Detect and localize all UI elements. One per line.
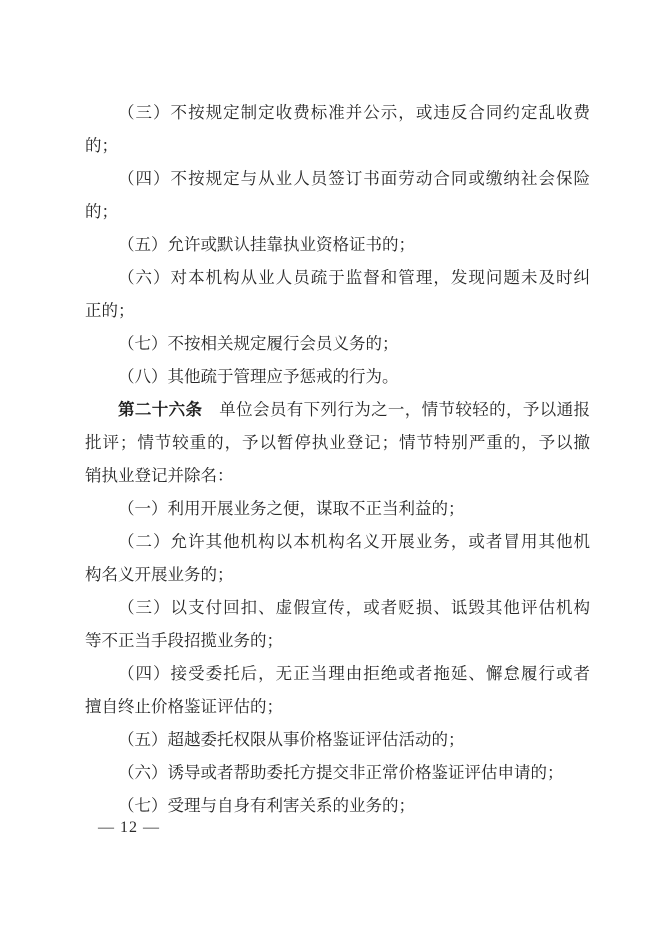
document-page: （三）不按规定制定收费标准并公示，或违反合同约定乱收费的；（四）不按规定与从业人… <box>0 0 661 935</box>
text-line: 正的； <box>85 294 590 327</box>
paragraph: （五）允许或默认挂靠执业资格证书的； <box>85 228 590 261</box>
paragraph: （一）利用开展业务之便，谋取不正当利益的； <box>85 492 590 525</box>
text-line: （三）不按规定制定收费标准并公示，或违反合同约定乱收费 <box>85 96 590 129</box>
text-line: （四）接受委托后，无正当理由拒绝或者拖延、懈怠履行或者 <box>85 657 590 690</box>
text-line: 构名义开展业务的； <box>85 558 590 591</box>
text-line: 擅自终止价格鉴证评估的； <box>85 690 590 723</box>
text-line: （一）利用开展业务之便，谋取不正当利益的； <box>85 492 590 525</box>
paragraph: （六）对本机构从业人员疏于监督和管理，发现问题未及时纠正的； <box>85 261 590 327</box>
paragraph: （六）诱导或者帮助委托方提交非正常价格鉴证评估申请的； <box>85 756 590 789</box>
text-line: （七）不按相关规定履行会员义务的； <box>85 327 590 360</box>
paragraph: 第二十六条 单位会员有下列行为之一，情节较轻的，予以通报批评；情节较重的，予以暂… <box>85 393 590 492</box>
text-line: 的； <box>85 129 590 162</box>
paragraph: （四）不按规定与从业人员签订书面劳动合同或缴纳社会保险的； <box>85 162 590 228</box>
paragraph: （五）超越委托权限从事价格鉴证评估活动的； <box>85 723 590 756</box>
text-line: 销执业登记并除名： <box>85 459 590 492</box>
paragraph: （七）受理与自身有利害关系的业务的； <box>85 789 590 822</box>
paragraph: （二）允许其他机构以本机构名义开展业务，或者冒用其他机构名义开展业务的； <box>85 525 590 591</box>
page-number: — 12 — <box>98 817 160 839</box>
text-line: （六）对本机构从业人员疏于监督和管理，发现问题未及时纠 <box>85 261 590 294</box>
paragraph: （三）不按规定制定收费标准并公示，或违反合同约定乱收费的； <box>85 96 590 162</box>
article-number-heading: 第二十六条 <box>118 400 202 419</box>
paragraph: （三）以支付回扣、虚假宣传，或者贬损、诋毁其他评估机构等不正当手段招揽业务的； <box>85 591 590 657</box>
text-line: 批评；情节较重的，予以暂停执业登记；情节特别严重的，予以撤 <box>85 426 590 459</box>
text-line: （五）允许或默认挂靠执业资格证书的； <box>85 228 590 261</box>
document-body: （三）不按规定制定收费标准并公示，或违反合同约定乱收费的；（四）不按规定与从业人… <box>85 96 590 822</box>
text-line: 等不正当手段招揽业务的； <box>85 624 590 657</box>
text-line: （八）其他疏于管理应予惩戒的行为。 <box>85 360 590 393</box>
text-line: （三）以支付回扣、虚假宣传，或者贬损、诋毁其他评估机构 <box>85 591 590 624</box>
text-line: 第二十六条 单位会员有下列行为之一，情节较轻的，予以通报 <box>85 393 590 426</box>
text-run: 单位会员有下列行为之一，情节较轻的，予以通报 <box>202 400 590 419</box>
text-line: （六）诱导或者帮助委托方提交非正常价格鉴证评估申请的； <box>85 756 590 789</box>
text-line: 的； <box>85 195 590 228</box>
paragraph: （四）接受委托后，无正当理由拒绝或者拖延、懈怠履行或者擅自终止价格鉴证评估的； <box>85 657 590 723</box>
text-line: （七）受理与自身有利害关系的业务的； <box>85 789 590 822</box>
paragraph: （八）其他疏于管理应予惩戒的行为。 <box>85 360 590 393</box>
text-line: （二）允许其他机构以本机构名义开展业务，或者冒用其他机 <box>85 525 590 558</box>
text-line: （四）不按规定与从业人员签订书面劳动合同或缴纳社会保险 <box>85 162 590 195</box>
text-line: （五）超越委托权限从事价格鉴证评估活动的； <box>85 723 590 756</box>
paragraph: （七）不按相关规定履行会员义务的； <box>85 327 590 360</box>
